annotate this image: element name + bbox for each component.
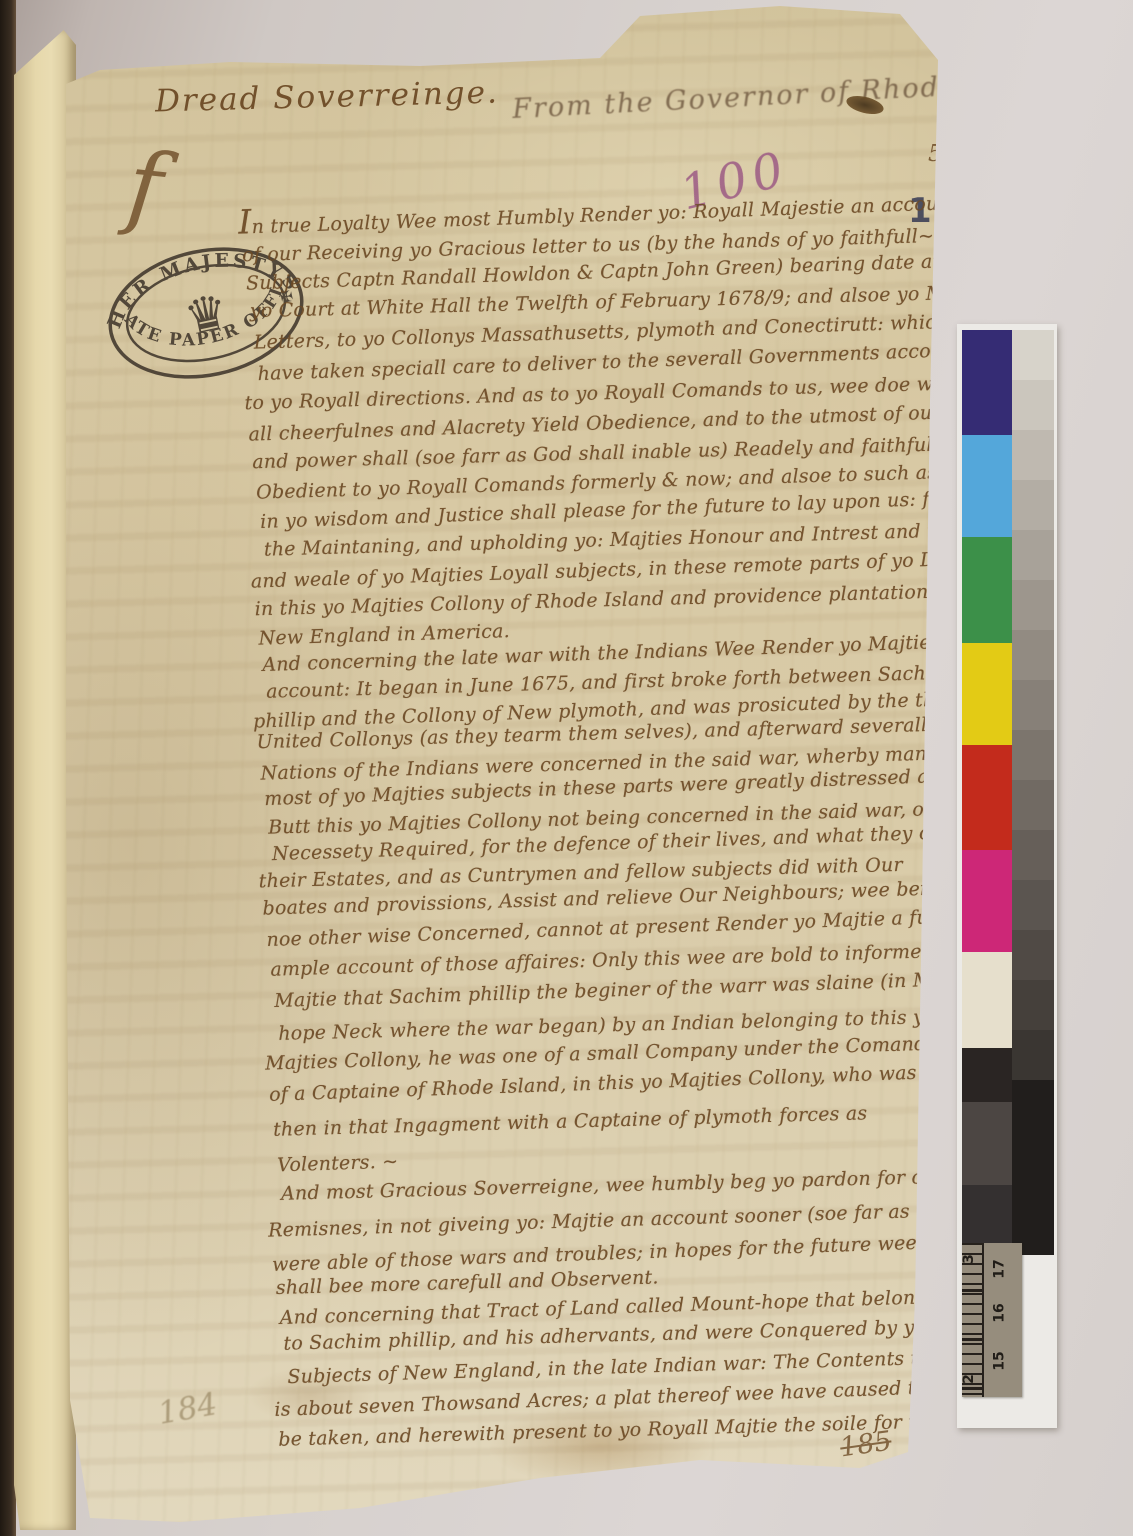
manuscript-line: New England in America. (258, 620, 510, 649)
calibration-ruler: 2 15 16 17 3 (962, 1243, 1022, 1397)
color-patch (962, 1102, 1012, 1185)
archival-photo-scene: Dread Soverreinge. f From the Governor o… (0, 0, 1133, 1536)
color-patch (962, 1185, 1012, 1243)
manuscript-line: Volenters. ~ (277, 1151, 399, 1177)
grayscale-step (1012, 680, 1054, 730)
book-spine-edge (0, 0, 16, 1536)
grayscale-step (1012, 530, 1054, 580)
color-patch (962, 435, 1012, 537)
ruler-number: 16 (992, 1303, 1008, 1322)
grayscale-step (1012, 980, 1054, 1030)
grayscale-step (1012, 880, 1054, 930)
grayscale-step (1012, 730, 1054, 780)
grayscale-step (1012, 780, 1054, 830)
page-number-59: 59. (928, 141, 965, 167)
color-patch (962, 537, 1012, 643)
calibration-black-block (1012, 1080, 1054, 1255)
ruler-number: 2 (961, 1374, 977, 1384)
grayscale-step (1012, 1030, 1054, 1080)
color-patch (962, 330, 1012, 435)
color-patch (962, 1048, 1012, 1102)
grayscale-step (1012, 480, 1054, 530)
color-patch (962, 745, 1012, 850)
archivist-filing-note: From the Governor of Rhode (512, 68, 1013, 125)
folio-number-184: 184 (155, 1386, 220, 1432)
grayscale-step (1012, 380, 1054, 430)
grayscale-step (1012, 330, 1054, 380)
margin-mark: f (123, 132, 168, 242)
color-calibration-card: 2 15 16 17 3 (957, 324, 1057, 1428)
ruler-number: 15 (992, 1351, 1008, 1370)
salutation-heading: Dread Soverreinge. (155, 75, 500, 120)
color-patch (962, 952, 1012, 1048)
grayscale-step (1012, 430, 1054, 480)
grayscale-step (1012, 580, 1054, 630)
color-patch (962, 643, 1012, 745)
color-patch (962, 850, 1012, 952)
grayscale-step (1012, 830, 1054, 880)
grayscale-step (1012, 630, 1054, 680)
grayscale-step (1012, 930, 1054, 980)
letter-body: In true Loyalty Wee most Humbly Render y… (238, 192, 1065, 1475)
ruler-number: 3 (961, 1254, 977, 1264)
manuscript-line: then in that Ingagment with a Captaine o… (273, 1102, 868, 1140)
ruler-number: 17 (992, 1259, 1008, 1278)
crossed-folio-number-185: 185 (838, 1426, 893, 1464)
manuscript-page: Dread Soverreinge. f From the Governor o… (60, 5, 940, 1533)
catchword-more: more (912, 1435, 972, 1461)
